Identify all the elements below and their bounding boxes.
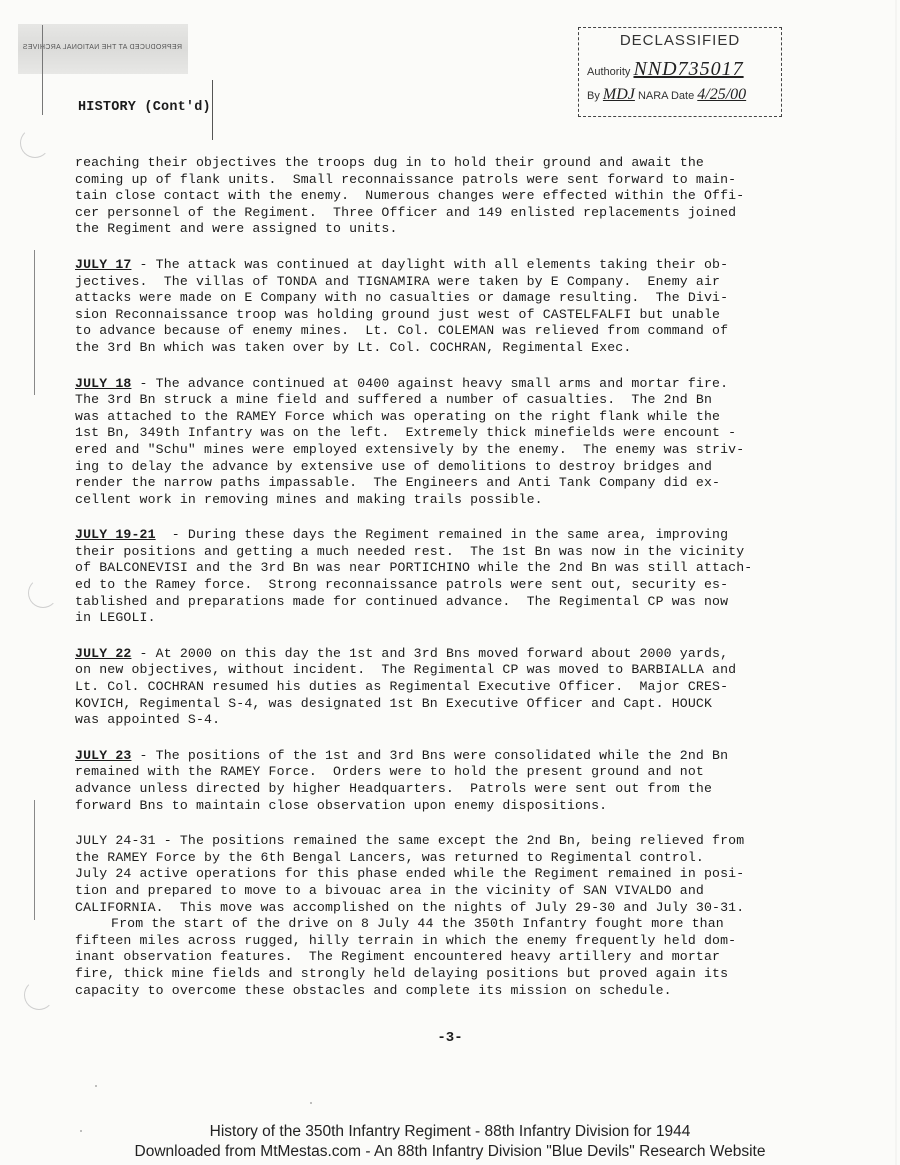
declassified-stamp: DECLASSIFIED Authority NND735017 By MDJ …	[578, 27, 782, 117]
website-footer: History of the 350th Infantry Regiment -…	[0, 1122, 900, 1162]
margin-rule	[42, 25, 43, 115]
punch-hole-icon	[20, 128, 50, 158]
paragraph-july-24-31: JULY 24-31 - The positions remained the …	[75, 833, 795, 916]
stamp-by-row: By MDJ NARA Date 4/25/00	[587, 86, 746, 104]
paragraph-july-22: JULY 22 - At 2000 on this day the 1st an…	[75, 646, 795, 729]
page-title: HISTORY (Cont'd)	[78, 100, 211, 115]
scan-speck	[310, 1102, 312, 1104]
title-rule	[212, 80, 213, 140]
footer-line-2: Downloaded from MtMestas.com - An 88th I…	[0, 1142, 900, 1162]
authority-value: NND735017	[633, 58, 743, 80]
margin-line	[34, 250, 35, 395]
entry-text: - During these days the Regiment remaine…	[75, 527, 752, 625]
paragraph-july-23: JULY 23 - The positions of the 1st and 3…	[75, 748, 795, 814]
entry-date: JULY 17	[75, 257, 131, 272]
document-body: reaching their objectives the troops dug…	[75, 155, 795, 999]
stamp-authority-row: Authority NND735017	[587, 58, 744, 81]
entry-text: - At 2000 on this day the 1st and 3rd Bn…	[75, 646, 736, 727]
entry-date: JULY 24-31	[75, 833, 156, 848]
reproduction-notice: REPRODUCED AT THE NATIONAL ARCHIVES	[22, 44, 182, 51]
margin-line	[34, 800, 35, 920]
entry-text: - The attack was continued at daylight w…	[75, 257, 728, 355]
nara-date-label: NARA Date	[638, 90, 694, 102]
paragraph-july-18: JULY 18 - The advance continued at 0400 …	[75, 376, 795, 509]
entry-date: JULY 22	[75, 646, 131, 661]
page-edge	[895, 0, 897, 1165]
paragraph-intro: reaching their objectives the troops dug…	[75, 155, 795, 238]
footer-line-1: History of the 350th Infantry Regiment -…	[0, 1122, 900, 1142]
entry-text: - The positions of the 1st and 3rd Bns w…	[75, 748, 728, 813]
punch-hole-icon	[24, 980, 54, 1010]
entry-text: - The advance continued at 0400 against …	[75, 376, 744, 507]
punch-hole-icon	[28, 578, 58, 608]
entry-date: JULY 23	[75, 748, 131, 763]
nara-date-value: 4/25/00	[697, 86, 746, 103]
stamp-heading: DECLASSIFIED	[579, 32, 781, 49]
by-value: MDJ	[603, 86, 635, 103]
entry-text: - The positions remained the same except…	[75, 833, 744, 914]
paragraph-july-17: JULY 17 - The attack was continued at da…	[75, 257, 795, 357]
entry-date: JULY 18	[75, 376, 131, 391]
scan-speck	[95, 1085, 97, 1087]
paragraph-july-19-21: JULY 19-21 - During these days the Regim…	[75, 527, 795, 627]
document-page: REPRODUCED AT THE NATIONAL ARCHIVES HIST…	[0, 0, 900, 1165]
paragraph-summary: From the start of the drive on 8 July 44…	[75, 916, 795, 999]
by-label: By	[587, 90, 600, 102]
authority-label: Authority	[587, 66, 630, 78]
entry-date: JULY 19-21	[75, 527, 156, 542]
page-number: -3-	[0, 1030, 900, 1046]
